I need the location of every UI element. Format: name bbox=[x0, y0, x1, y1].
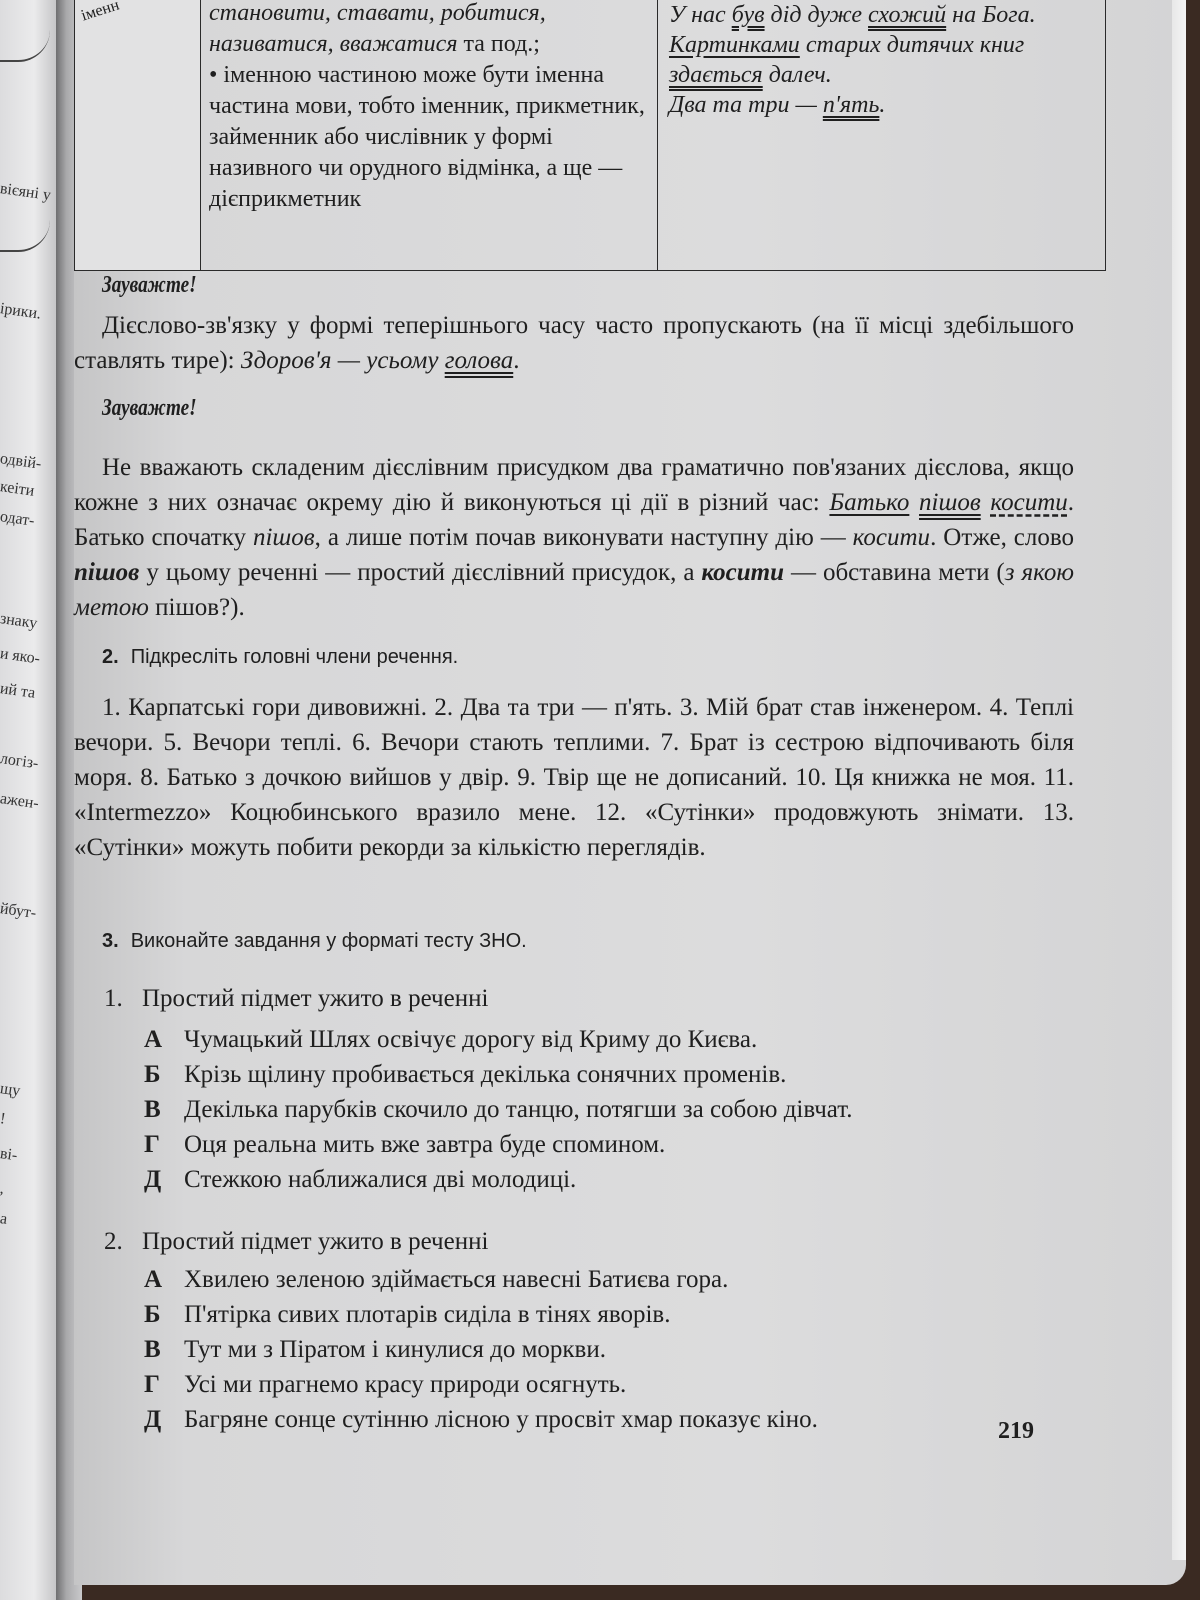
example-sentence: У нас був дід дуже схожий на Бога. bbox=[669, 0, 1095, 30]
note-title: Зауважте! bbox=[102, 395, 197, 422]
answer-option[interactable]: ГУсі ми прагнемо красу природи осягнуть. bbox=[144, 1367, 818, 1402]
page-fragment: ажен- bbox=[0, 790, 40, 813]
table-column-examples: У нас був дід дуже схожий на Бога. Карти… bbox=[665, 0, 1095, 270]
task-number: 3. bbox=[102, 930, 119, 952]
page-fragment: логіз- bbox=[0, 750, 40, 773]
rule-verbs: називатися, вважатися bbox=[209, 31, 457, 57]
test-question: 2.Простий підмет ужито в реченні bbox=[104, 1228, 488, 1256]
table-line bbox=[0, 220, 50, 252]
textbook-page: іменн становити, ставати, робитися, нази… bbox=[74, 0, 1186, 1585]
page-fragment: ірики. bbox=[0, 300, 42, 324]
answer-option[interactable]: АХвилею зеленою здіймається навесні Бати… bbox=[144, 1262, 818, 1297]
page-fragment: ! bbox=[0, 1110, 7, 1129]
term-label: іменн bbox=[79, 0, 121, 26]
table-column-rule: становити, ставати, робитися, називатися… bbox=[203, 0, 658, 270]
rule-bullet-item: • іменною частиною може бути іменна част… bbox=[209, 60, 657, 215]
previous-page-edge: вієяні у ірики. одвій- кеіти одат- знаку… bbox=[0, 0, 62, 1600]
page-fragment: вієяні у bbox=[0, 180, 52, 205]
page-fragment: знаку bbox=[0, 610, 38, 633]
answer-option[interactable]: ДБагряне сонце сутінню лісною у просвіт … bbox=[144, 1402, 818, 1437]
task-instruction: Підкресліть головні члени речення. bbox=[131, 646, 459, 668]
page-fragment: , bbox=[0, 1180, 5, 1198]
page-fragment: ий та bbox=[0, 680, 36, 703]
note-paragraph: Дієслово-зв'язку у формі теперішнього ча… bbox=[74, 308, 1074, 378]
page-fragment: одат- bbox=[0, 508, 36, 531]
page-fragment: йбут- bbox=[0, 900, 37, 923]
page-fragment: щу bbox=[0, 1080, 21, 1101]
table-line bbox=[0, 30, 50, 62]
answer-option[interactable]: ГОця реальна мить вже завтра буде спомин… bbox=[144, 1127, 853, 1162]
rule-table: іменн становити, ставати, робитися, нази… bbox=[74, 0, 1106, 271]
bullet-icon: • bbox=[209, 62, 217, 88]
example-sentence: Два та три — п'ять. bbox=[669, 90, 1095, 120]
task-heading: 3.Виконайте завдання у форматі тесту ЗНО… bbox=[102, 930, 527, 953]
answer-option[interactable]: БП'ятірка сивих плотарів сиділа в тінях … bbox=[144, 1297, 818, 1332]
rule-text: іменною частиною може бути іменна частин… bbox=[209, 62, 645, 212]
page-fragment: и яко- bbox=[0, 645, 41, 668]
note-paragraph: Не вважають складеним дієслівним присудк… bbox=[74, 450, 1074, 625]
answer-option[interactable]: ДСтежкою наближалися дві молодиці. bbox=[144, 1162, 853, 1197]
page-fragment: ві- bbox=[0, 1145, 18, 1165]
task-heading: 2.Підкресліть головні члени речення. bbox=[102, 646, 458, 669]
test-question: 1.Простий підмет ужито в реченні bbox=[104, 985, 488, 1013]
answer-option[interactable]: АЧумацький Шлях освічує дорогу від Криму… bbox=[144, 1022, 853, 1057]
page-fragment: а bbox=[0, 1210, 8, 1229]
table-column-term: іменн bbox=[75, 0, 201, 270]
page-fragment: одвій- bbox=[0, 450, 42, 474]
answer-options: АЧумацький Шлях освічує дорогу від Криму… bbox=[144, 1022, 853, 1197]
task-number: 2. bbox=[102, 646, 119, 668]
page-fragment: кеіти bbox=[0, 478, 35, 501]
task-instruction: Виконайте завдання у форматі тесту ЗНО. bbox=[131, 930, 527, 952]
answer-option[interactable]: ВТут ми з Піратом і кинулися до моркви. bbox=[144, 1332, 818, 1367]
example-sentence: Картинками старих дитячих книг здається … bbox=[669, 30, 1095, 90]
note-title: Зауважте! bbox=[102, 272, 197, 299]
rule-line: називатися, вважатися та под.; bbox=[209, 29, 657, 60]
answer-option[interactable]: БКрізь щілину пробивається декілька соня… bbox=[144, 1057, 853, 1092]
answer-option[interactable]: ВДекілька парубків скочило до танцю, пот… bbox=[144, 1092, 853, 1127]
page-edge bbox=[1172, 0, 1186, 1560]
rule-line: становити, ставати, робитися, bbox=[209, 0, 657, 29]
page-number: 219 bbox=[998, 1418, 1034, 1445]
answer-options: АХвилею зеленою здіймається навесні Бати… bbox=[144, 1262, 818, 1437]
rule-tail: та под.; bbox=[457, 31, 539, 57]
task-sentences: 1. Карпатські гори дивовижні. 2. Два та … bbox=[74, 690, 1074, 865]
